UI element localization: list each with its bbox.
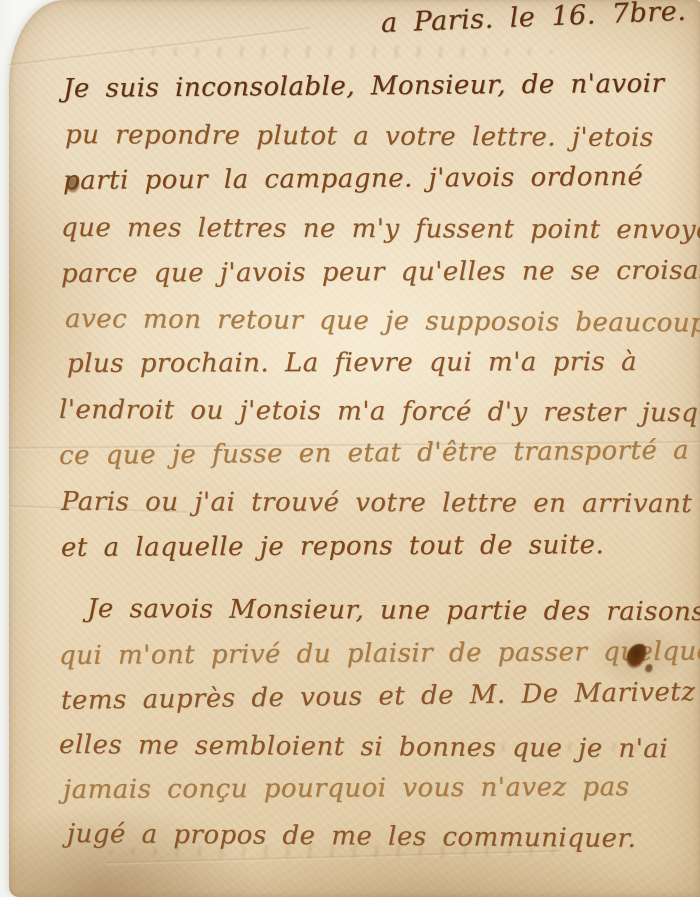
letter-dateline: a Paris. le 16. 7bre.: [380, 0, 686, 39]
letter-line: elles me sembloient si bonnes que je n'a…: [59, 730, 668, 764]
letter-line: jugé a propos de me les communiquer.: [67, 819, 637, 854]
letter-line: jamais conçu pourquoi vous n'avez pas: [63, 772, 630, 805]
ink-blot: [645, 664, 653, 673]
letter-line: avec mon retour que je supposois beaucou…: [65, 304, 700, 338]
letter-line: Paris ou j'ai trouvé votre lettre en arr…: [61, 487, 692, 519]
bleed-through-ghost: [119, 46, 559, 58]
letter-paper: a Paris. le 16. 7bre. Je suis inconsolab…: [9, 0, 700, 897]
letter-line: pu repondre plutot a votre lettre. j'eto…: [65, 120, 654, 153]
letter-line: parce que j'avois peur qu'elles ne se cr…: [61, 255, 700, 289]
letter-line: ce que je fusse en etat d'être transport…: [59, 436, 689, 471]
letter-line: plus prochain. La fievre qui m'a pris à: [67, 347, 637, 379]
letter-line: qui m'ont privé du plaisir de passer que…: [59, 636, 700, 671]
letter-line: que mes lettres ne m'y fussent point env…: [61, 213, 700, 245]
scanned-letter-page: a Paris. le 16. 7bre. Je suis inconsolab…: [0, 0, 700, 897]
letter-line: parti pour la campagne. j'avois ordonné: [63, 162, 644, 196]
letter-line: et a laquelle je repons tout de suite.: [61, 530, 604, 563]
letter-line: Je suis inconsolable, Monsieur, de n'avo…: [63, 69, 665, 104]
letter-line: Je savois Monsieur, une partie des raiso…: [87, 594, 700, 627]
letter-line: tems auprès de vous et de M. De Marivetz: [61, 677, 696, 716]
letter-line: l'endroit ou j'etois m'a forcé d'y reste…: [59, 395, 700, 429]
